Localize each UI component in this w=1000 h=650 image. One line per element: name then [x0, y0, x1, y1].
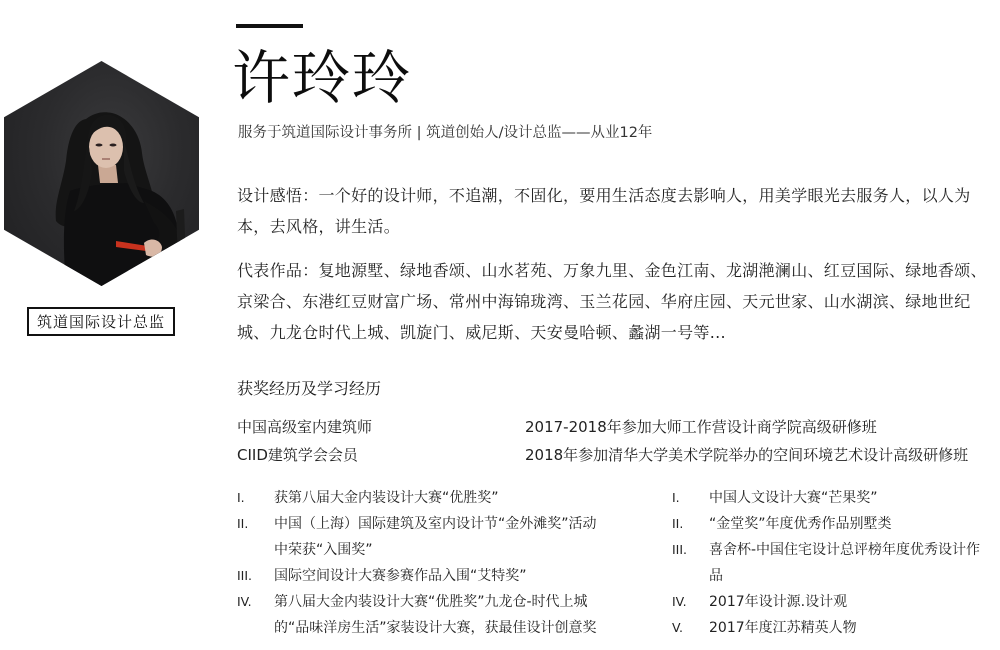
award-text: 第八届大金内装设计大赛“优胜奖”九龙仓-时代上城的“品味洋房生活”家装设计大赛，…: [274, 589, 597, 641]
award-item: IV. 第八届大金内装设计大赛“优胜奖”九龙仓-时代上城的“品味洋房生活”家装设…: [237, 589, 597, 641]
award-text: “金堂奖”年度优秀作品别墅类: [709, 511, 992, 537]
award-item: I. 获第八届大金内装设计大赛“优胜奖”: [237, 485, 597, 511]
award-text: 2017年度江苏精英人物: [709, 615, 992, 641]
award-text: 中国（上海）国际建筑及室内设计节“金外滩奖”活动中荣获“入围奖”: [274, 511, 597, 563]
job-title-tag: 筑道国际设计总监: [27, 307, 175, 336]
award-number: II.: [672, 511, 709, 537]
award-number: II.: [237, 511, 274, 563]
person-silhouette-icon: [4, 61, 199, 286]
award-item: II. 中国（上海）国际建筑及室内设计节“金外滩奖”活动中荣获“入围奖”: [237, 511, 597, 563]
award-number: III.: [672, 537, 709, 589]
award-item: III. 喜舍杯-中国住宅设计总评榜年度优秀设计作品: [672, 537, 992, 589]
award-text: 2017年设计源.设计观: [709, 589, 992, 615]
award-item: IV. 2017年设计源.设计观: [672, 589, 992, 615]
design-philosophy-text: 设计感悟：一个好的设计师，不追潮，不固化，要用生活态度去影响人，用美学眼光去服务…: [237, 180, 997, 242]
credential-row: CIID建筑学会会员 2018年参加清华大学美术学院举办的空间环境艺术设计高级研…: [237, 441, 997, 469]
award-number: III.: [237, 563, 274, 589]
award-number: I.: [672, 485, 709, 511]
credential-left: 中国高级室内建筑师: [237, 413, 525, 441]
award-text: 喜舍杯-中国住宅设计总评榜年度优秀设计作品: [709, 537, 992, 589]
awards-list-right: I. 中国人文设计大赛“芒果奖” II. “金堂奖”年度优秀作品别墅类 III.…: [672, 485, 992, 641]
awards-section-heading: 获奖经历及学习经历: [237, 376, 381, 402]
awards-list-left: I. 获第八届大金内装设计大赛“优胜奖” II. 中国（上海）国际建筑及室内设计…: [237, 485, 597, 641]
representative-works-text: 代表作品：复地源墅、绿地香颂、山水茗苑、万象九里、金色江南、龙湖滟澜山、红豆国际…: [237, 255, 997, 348]
credential-right: 2017-2018年参加大师工作营设计商学院高级研修班: [525, 413, 877, 441]
award-number: I.: [237, 485, 274, 511]
award-item: III. 国际空间设计大赛参赛作品入围“艾特奖”: [237, 563, 597, 589]
credentials-table: 中国高级室内建筑师 2017-2018年参加大师工作营设计商学院高级研修班 CI…: [237, 413, 997, 469]
credential-left: CIID建筑学会会员: [237, 441, 525, 469]
award-text: 获第八届大金内装设计大赛“优胜奖”: [274, 485, 597, 511]
credential-right: 2018年参加清华大学美术学院举办的空间环境艺术设计高级研修班: [525, 441, 968, 469]
award-number: V.: [672, 615, 709, 641]
portrait-photo: [4, 61, 199, 286]
accent-bar-divider: [236, 24, 303, 28]
award-item: V. 2017年度江苏精英人物: [672, 615, 992, 641]
profile-subtitle: 服务于筑道国际设计事务所 | 筑道创始人/设计总监——从业12年: [238, 122, 652, 144]
award-number: IV.: [237, 589, 274, 641]
award-item: II. “金堂奖”年度优秀作品别墅类: [672, 511, 992, 537]
award-text: 国际空间设计大赛参赛作品入围“艾特奖”: [274, 563, 597, 589]
person-name: 许玲玲: [232, 42, 412, 114]
credential-row: 中国高级室内建筑师 2017-2018年参加大师工作营设计商学院高级研修班: [237, 413, 997, 441]
award-item: I. 中国人文设计大赛“芒果奖”: [672, 485, 992, 511]
award-text: 中国人文设计大赛“芒果奖”: [709, 485, 992, 511]
award-number: IV.: [672, 589, 709, 615]
